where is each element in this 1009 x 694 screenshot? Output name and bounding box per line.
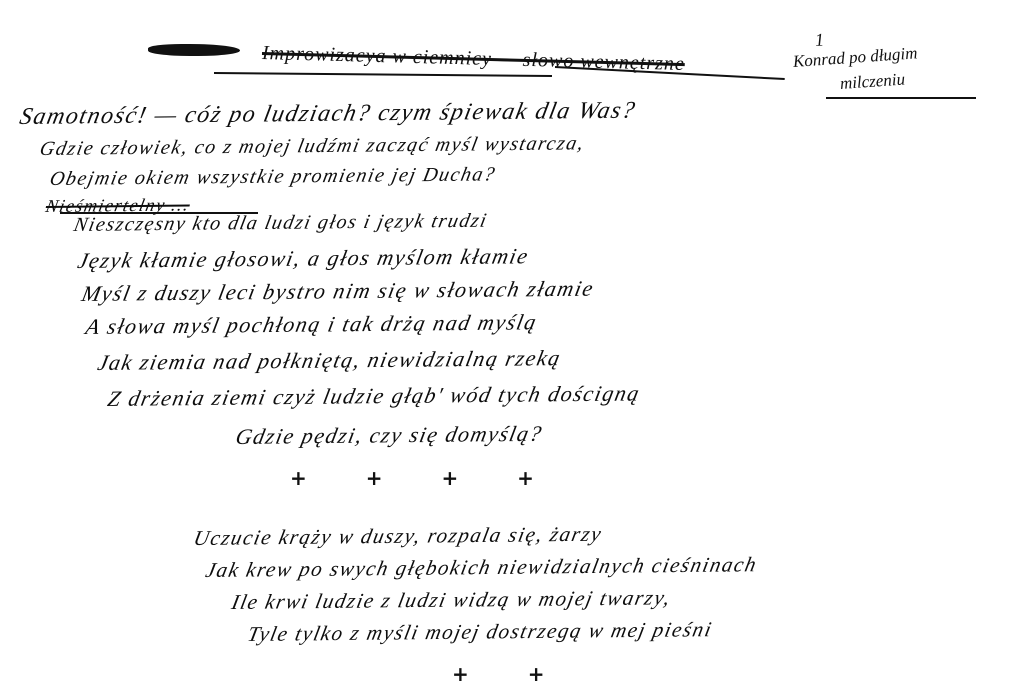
verse-line: Samotność! — cóż po ludziach? czym śpiew… bbox=[17, 98, 638, 131]
verse-line: Uczucie krąży w duszy, rozpala się, żarz… bbox=[191, 522, 604, 551]
margin-marker: 1 bbox=[814, 29, 824, 51]
verse-line: Nieszczęsny kto dla ludzi głos i język t… bbox=[72, 210, 490, 237]
verse-line: A słowa myśl pochłoną i tak drżą nad myś… bbox=[83, 309, 539, 340]
verse-line: Język kłamie głosowi, a głos myślom kłam… bbox=[75, 243, 531, 274]
ink-blot bbox=[148, 44, 240, 56]
verse-line: Myśl z duszy leci bystro nim się w słowa… bbox=[79, 276, 596, 307]
heading-underline bbox=[214, 72, 552, 77]
verse-line: Ile krwi ludzie z ludzi widzą w mojej tw… bbox=[229, 585, 673, 615]
margin-note-line1: Konrad po długim bbox=[792, 43, 918, 72]
margin-note-line2: milczeniu bbox=[839, 69, 905, 93]
verse-line: Obejmie okiem wszystkie promienie jej Du… bbox=[48, 163, 498, 191]
margin-note-underline bbox=[826, 97, 976, 99]
section-divider: + + + + bbox=[290, 466, 560, 490]
verse-line: Z drżenia ziemi czyż ludzie głąb' wód ty… bbox=[105, 380, 642, 412]
verse-line: Gdzie człowiek, co z mojej ludźmi zacząć… bbox=[38, 132, 587, 161]
verse-line: Gdzie pędzi, czy się domyślą? bbox=[233, 421, 545, 450]
manuscript-page: Improwizacya w ciemnicy — słowo wewnętrz… bbox=[0, 0, 1009, 694]
verse-line: Jak ziemia nad połkniętą, niewidzialną r… bbox=[95, 345, 563, 376]
verse-line: Jak krew po swych głębokich niewidzialny… bbox=[203, 552, 759, 583]
section-divider: + + bbox=[452, 662, 570, 686]
verse-line: Tyle tylko z myśli mojej dostrzegą w mej… bbox=[245, 617, 714, 647]
